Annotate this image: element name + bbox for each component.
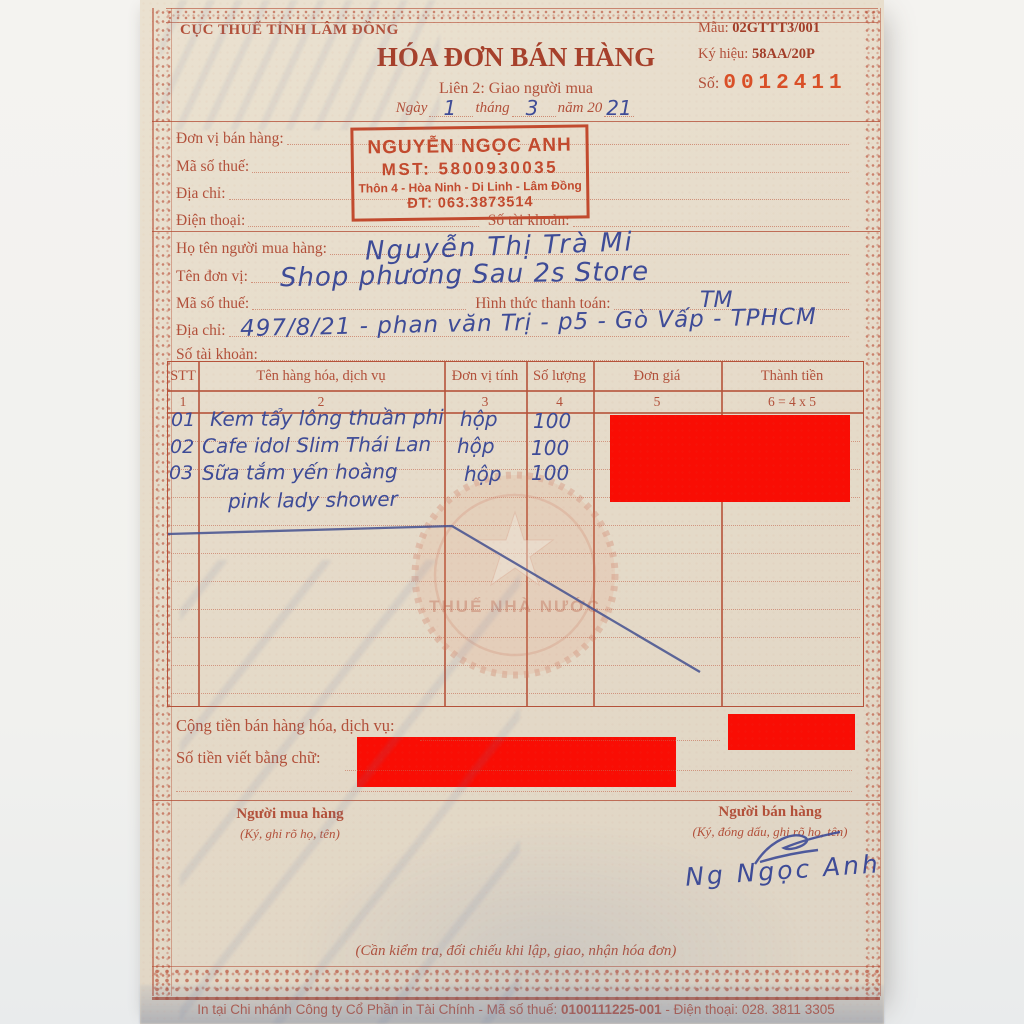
- redaction-box-words: [357, 737, 676, 787]
- seller-phone-label: Điện thoại:: [176, 212, 245, 230]
- check-note: (Cần kiểm tra, đối chiếu khi lập, giao, …: [166, 943, 866, 960]
- col-number: 6 = 4 x 5: [721, 391, 863, 412]
- handwritten-stt-1: 01: [171, 409, 195, 431]
- print-info-line: In tại Chi nhánh Công ty Cổ Phần in Tài …: [166, 1002, 866, 1017]
- handwritten-item-1-name: Kem tẩy lông thuần phi: [210, 405, 444, 431]
- print-info-mst: 0100111225-001: [561, 1002, 662, 1017]
- col-header-price: Đơn giá: [593, 362, 721, 390]
- col-header-name: Tên hàng hóa, dịch vụ: [198, 362, 444, 390]
- print-info-suffix: - Điện thoại: 028. 3811 3305: [662, 1002, 835, 1017]
- handwritten-item-3-unit: hộp: [464, 462, 502, 486]
- date-month-blank: 3: [512, 116, 556, 117]
- seller-tax-label: Mã số thuế:: [176, 158, 249, 176]
- dotted-leader: [248, 225, 478, 227]
- invoice-paper: CỤC THUẾ TỈNH LÂM ĐỒNG Mẫu: 02GTTT3/001 …: [140, 0, 884, 1024]
- handwritten-stt-3: 03: [169, 462, 193, 484]
- amount-in-words-label: Số tiền viết bằng chữ:: [176, 748, 321, 768]
- redaction-box-amounts: [610, 415, 850, 502]
- handwritten-item-2-name: Cafe idol Slim Thái Lan: [202, 432, 431, 458]
- table-column-line: [198, 362, 200, 706]
- handwritten-item-2-qty: 100: [531, 436, 569, 460]
- total-label: Cộng tiền bán hàng hóa, dịch vụ:: [176, 716, 395, 736]
- photo-background: CỤC THUẾ TỈNH LÂM ĐỒNG Mẫu: 02GTTT3/001 …: [0, 0, 1024, 1024]
- buyer-tax-label: Mã số thuế:: [176, 295, 249, 313]
- date-day-blank: 1: [429, 116, 473, 117]
- handwritten-item-2-unit: hộp: [457, 434, 495, 458]
- buyer-unit-label: Tên đơn vị:: [176, 268, 248, 286]
- col-header-qty: Số lượng: [526, 362, 593, 390]
- copy-line: Liên 2: Giao người mua: [166, 80, 866, 98]
- date-year-blank: 21: [604, 116, 634, 117]
- handwritten-month: 3: [526, 96, 539, 120]
- handwritten-item-3-name2: pink lady shower: [228, 487, 398, 513]
- table-column-line: [721, 362, 723, 706]
- seller-stamp: NGUYỄN NGỌC ANH MST: 5800930035 Thôn 4 -…: [350, 124, 589, 221]
- stamp-name: NGUYỄN NGỌC ANH: [353, 134, 585, 159]
- dotted-line: [345, 770, 852, 771]
- buyer-name-label: Họ tên người mua hàng:: [176, 240, 327, 258]
- dotted-line: [420, 740, 720, 741]
- dotted-line: [171, 693, 860, 694]
- date-prefix: Ngày: [396, 100, 428, 117]
- seller-address-label: Địa chỉ:: [176, 185, 226, 203]
- buyer-signature-note: (Ký, ghi rõ họ, tên): [195, 826, 385, 842]
- lace-border-bottom: [152, 966, 880, 1000]
- handwritten-day: 1: [443, 96, 456, 120]
- handwritten-buyer-unit: Shop phương Sau 2s Store: [280, 257, 650, 293]
- handwritten-item-1-qty: 100: [533, 409, 571, 433]
- dotted-leader: [573, 225, 849, 227]
- section-divider: [152, 121, 880, 122]
- handwritten-item-3-name: Sữa tắm yến hoàng: [202, 459, 398, 485]
- form-label: Mẫu:: [698, 20, 729, 36]
- date-line: Ngày 1 tháng 3 năm 20 21: [166, 100, 866, 117]
- seller-signature-title: Người bán hàng: [690, 804, 850, 821]
- section-divider: [152, 800, 880, 801]
- invoice-title: HÓA ĐƠN BÁN HÀNG: [166, 42, 866, 73]
- buyer-address-label: Địa chỉ:: [176, 322, 226, 340]
- handwritten-stt-2: 02: [170, 436, 194, 458]
- col-header-unit: Đơn vị tính: [444, 362, 526, 390]
- redaction-box-total: [728, 714, 855, 750]
- handwritten-year: 21: [606, 96, 631, 120]
- print-info-prefix: In tại Chi nhánh Công ty Cổ Phần in Tài …: [197, 1002, 561, 1017]
- date-mid2: năm 20: [558, 100, 603, 117]
- col-number: 5: [593, 391, 721, 412]
- form-number: Mẫu: 02GTTT3/001: [698, 20, 820, 37]
- date-mid1: tháng: [475, 100, 509, 117]
- form-value: 02GTTT3/001: [732, 20, 820, 36]
- buyer-signature-title: Người mua hàng: [215, 806, 365, 823]
- stamp-mst: MST: 5800930035: [354, 157, 586, 180]
- handwritten-item-3-qty: 100: [531, 461, 569, 485]
- dotted-leader: [252, 308, 466, 310]
- seller-unit-label: Đơn vị bán hàng:: [176, 130, 284, 148]
- dotted-line: [176, 791, 852, 792]
- col-header-amount: Thành tiền: [721, 362, 863, 390]
- col-header-stt: STT: [168, 362, 198, 390]
- stamp-phone: ĐT: 063.3873514: [354, 193, 586, 212]
- handwritten-item-1-unit: hộp: [460, 407, 498, 431]
- watermark-text: THUẾ NHÀ NƯỚC: [429, 597, 601, 616]
- tax-agency-name: CỤC THUẾ TỈNH LÂM ĐỒNG: [180, 22, 399, 39]
- tax-watermark-stamp: THUẾ NHÀ NƯỚC: [400, 460, 630, 690]
